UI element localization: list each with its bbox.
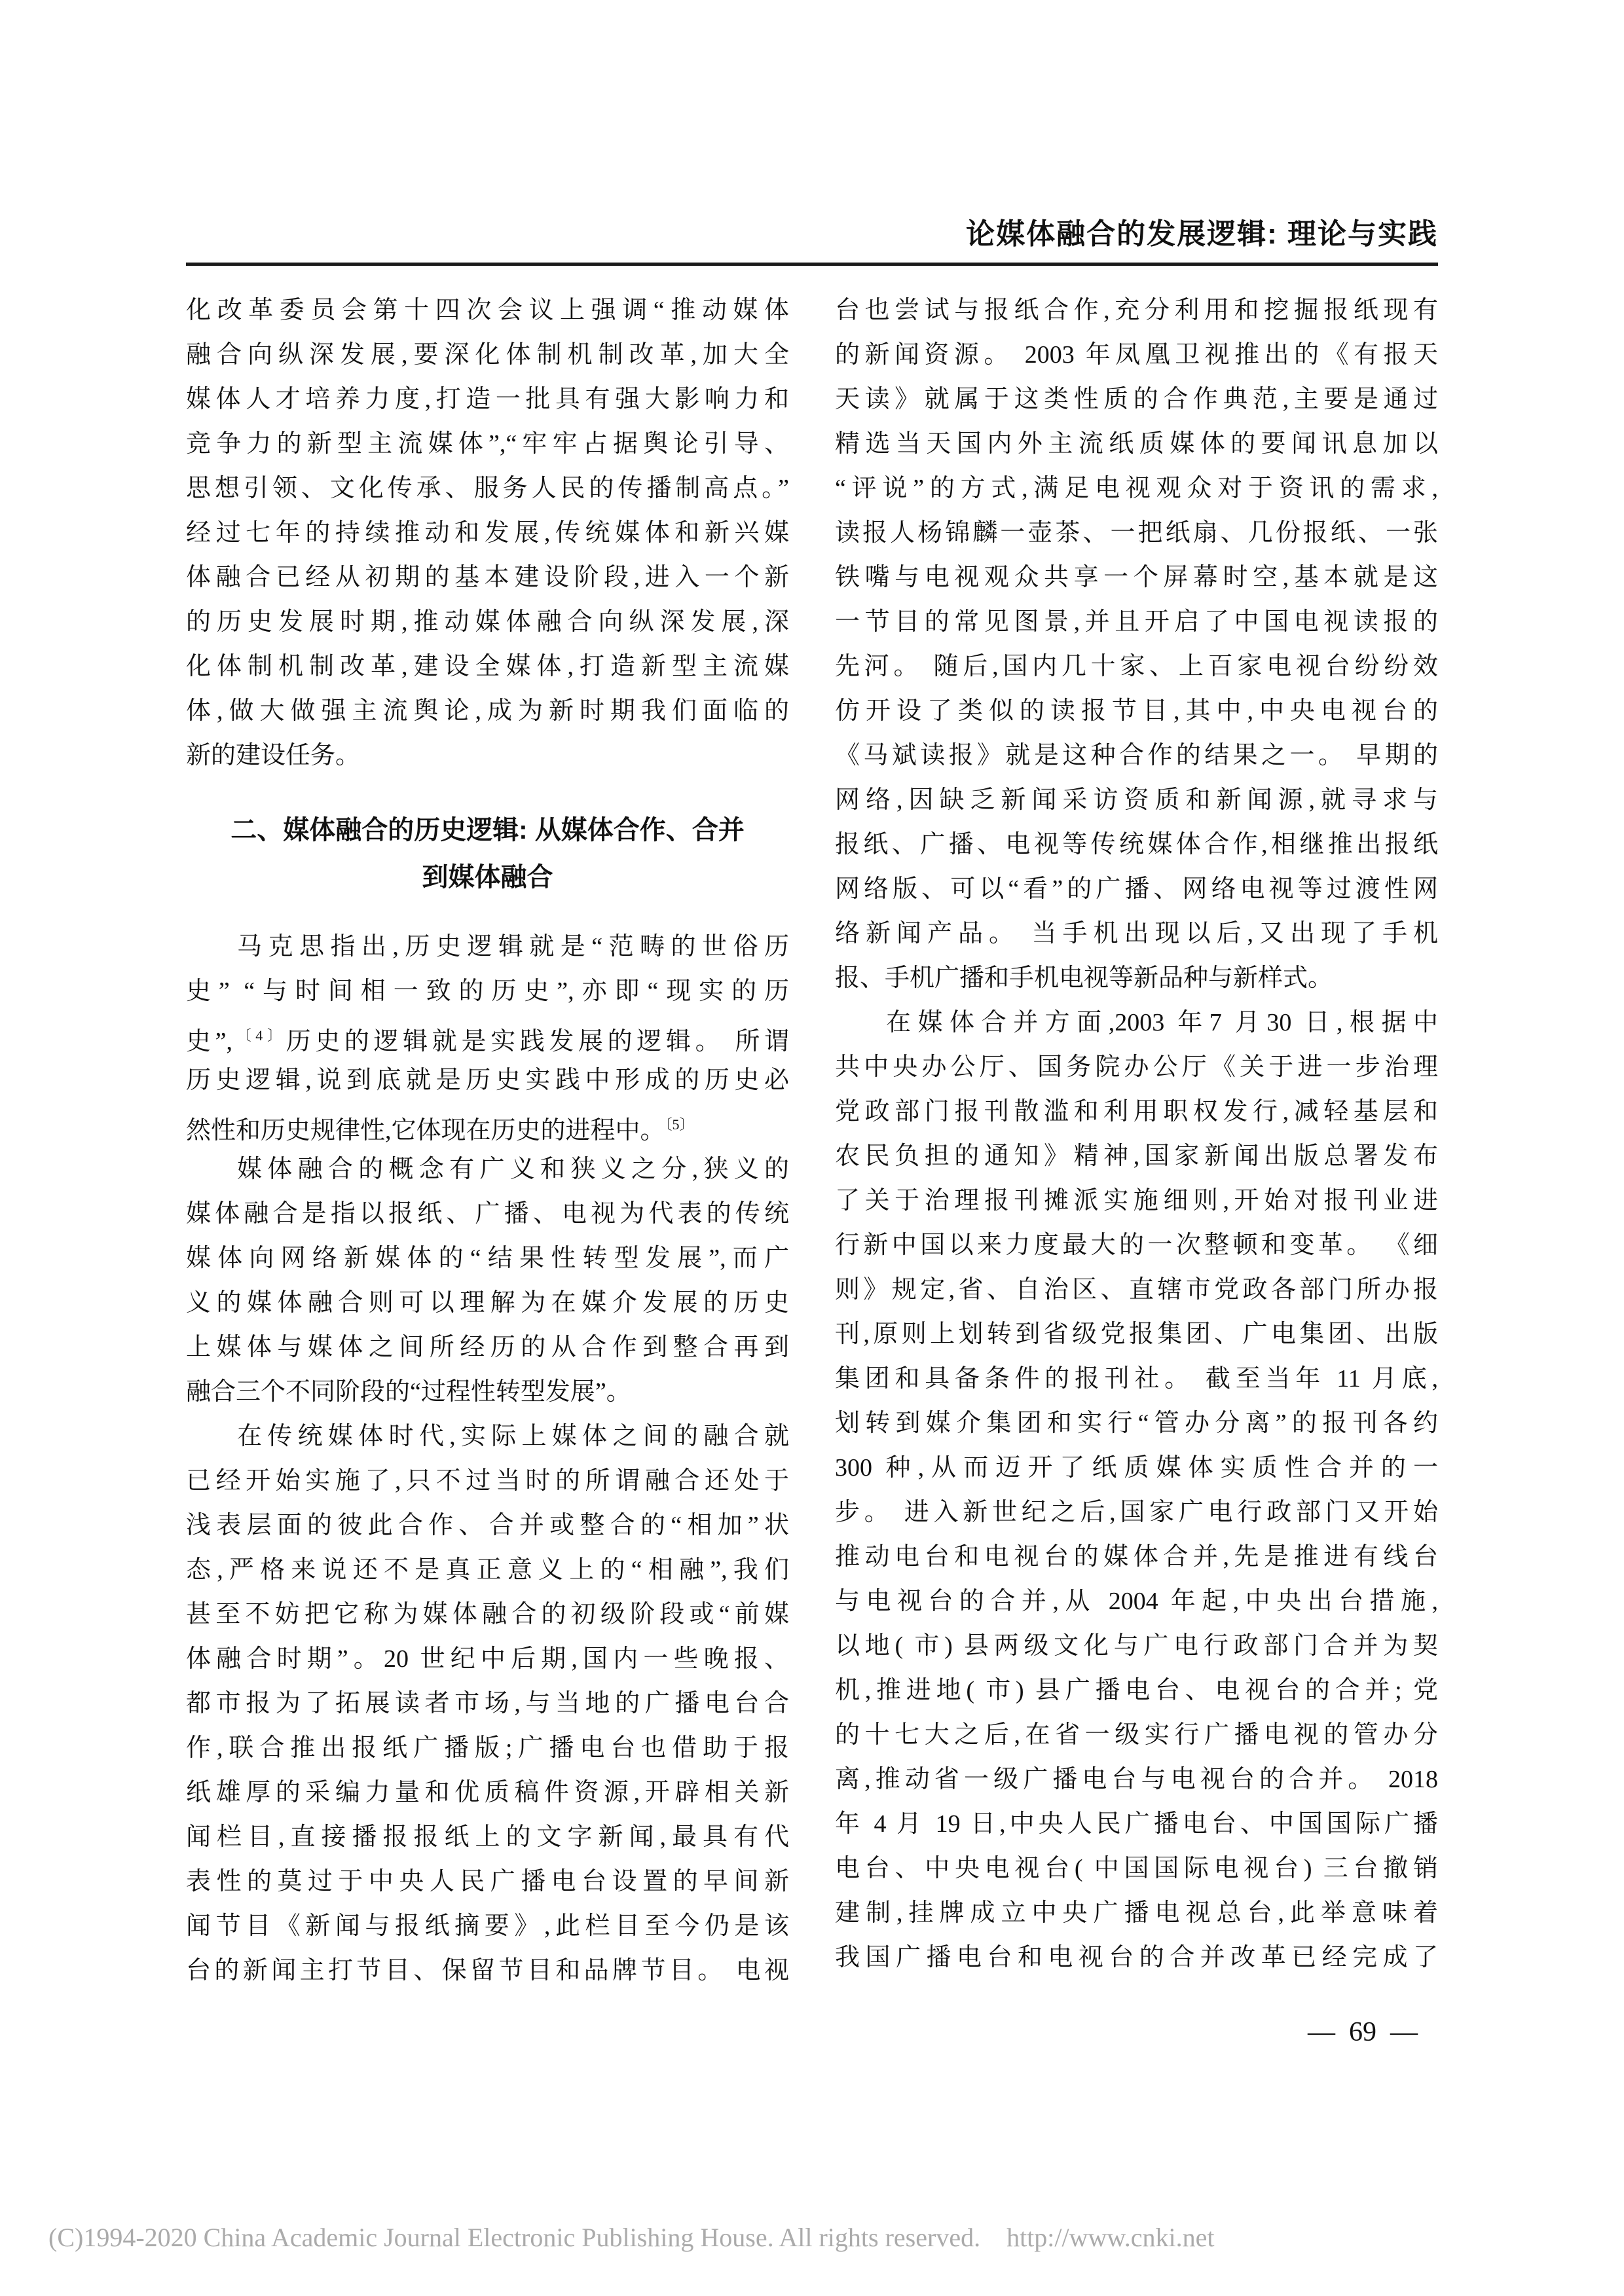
body-text-line: 我国广播电台和电视台的合并改革已经完成了 [835,1935,1438,1980]
body-text-line: 网络,因缺乏新闻采访资质和新闻源,就寻求与 [835,778,1438,822]
body-text-line: 步。 进入新世纪之后,国家广电行政部门又开始 [835,1490,1438,1535]
body-text-line: 先河。 随后,国内几十家、上百家电视台纷纷效 [835,644,1438,689]
body-text-line: 史”,〔4〕历史的逻辑就是实践发展的逻辑。 所谓 [186,1013,789,1058]
body-text-line: 推动电台和电视台的媒体合并,先是推进有线台 [835,1535,1438,1579]
body-text-line: 刊,原则上划转到省级党报集团、广电集团、出版 [835,1312,1438,1357]
body-text-line: 媒体人才培养力度,打造一批具有强大影响力和 [186,377,789,422]
body-text-line: 然性和历史规律性,它体现在历史的进程中。〔5〕 [186,1102,789,1147]
body-text-line: 年 4 月 19 日,中央人民广播电台、中国国际广播 [835,1802,1438,1846]
section-heading-line: 到媒体融合 [186,854,789,901]
body-text-line: 党政部门报刊散滥和利用职权发行,减轻基层和 [835,1089,1438,1134]
body-text-line: 媒体融合的概念有广义和狭义之分,狭义的 [186,1147,789,1192]
body-text-line: 机,推进地( 市) 县广播电台、电视台的合并; 党 [835,1668,1438,1713]
body-text-line: 一节目的常见图景,并且开启了中国电视读报的 [835,600,1438,644]
footnote-ref: 〔4〕 [232,1027,286,1044]
body-text-line: 上媒体与媒体之间所经历的从合作到整合再到 [186,1325,789,1370]
body-text-line: 在媒体合并方面,2003 年7 月30 日,根据中 [835,1000,1438,1045]
body-text-line: 态,严格来说还不是真正意义上的“相融”,我们 [186,1548,789,1592]
body-text-line: 纸雄厚的采编力量和优质稿件资源,开辟相关新 [186,1770,789,1815]
body-text-line: 媒体融合是指以报纸、广播、电视为代表的传统 [186,1192,789,1236]
body-text-line: 划转到媒介集团和实行“管办分离”的报刊各约 [835,1401,1438,1446]
body-text-line: 精选当天国内外主流纸质媒体的要闻讯息加以 [835,422,1438,466]
body-text-line: 新的建设任务。 [186,733,789,778]
body-text-line: 与电视台的合并,从 2004 年起,中央出台措施, [835,1579,1438,1624]
body-text-line: 历史逻辑,说到底就是历史实践中形成的历史必 [186,1058,789,1102]
body-text-line: 的十七大之后,在省一级实行广播电视的管办分 [835,1713,1438,1757]
body-text-line: 300 种,从而迈开了纸质媒体实质性合并的一 [835,1446,1438,1490]
body-text-line: 已经开始实施了,只不过当时的所谓融合还处于 [186,1459,789,1503]
text-column-left: 化改革委员会第十四次会议上强调“推动媒体融合向纵深发展,要深化体制机制改革,加大… [186,288,789,1993]
body-text-line: 离,推动省一级广播电台与电视台的合并。 2018 [835,1757,1438,1802]
body-text-line: 报纸、广播、电视等传统媒体合作,相继推出报纸 [835,822,1438,867]
body-text-line: 读报人杨锦麟一壶茶、一把纸扇、几份报纸、一张 [835,511,1438,555]
body-text-line: 甚至不妨把它称为媒体融合的初级阶段或“前媒 [186,1592,789,1637]
footnote-ref: 〔5〕 [665,1116,694,1133]
body-text-line: 仿开设了类似的读报节目,其中,中央电视台的 [835,689,1438,733]
body-text-line: 闻栏目,直接播报报纸上的文字新闻,最具有代 [186,1815,789,1859]
body-text-line: 《马斌读报》就是这种合作的结果之一。 早期的 [835,733,1438,778]
body-text-line: 都市报为了拓展读者市场,与当地的广播电台合 [186,1681,789,1726]
copyright-notice: (C)1994-2020 China Academic Journal Elec… [48,2221,1214,2254]
journal-page: 论媒体融合的发展逻辑: 理论与实践 化改革委员会第十四次会议上强调“推动媒体融合… [0,0,1624,2296]
body-text-line: 融合三个不同阶段的“过程性转型发展”。 [186,1370,789,1414]
body-text-line: 体融合时期”。20 世纪中后期,国内一些晚报、 [186,1637,789,1681]
body-text-line: 则》规定,省、自治区、直辖市党政各部门所办报 [835,1267,1438,1312]
body-text-line: 浅表层面的彼此合作、合并或整合的“相加”状 [186,1503,789,1548]
body-text-line: 体,做大做强主流舆论,成为新时期我们面临的 [186,689,789,733]
body-text-line: 闻节目《新闻与报纸摘要》,此栏目至今仍是该 [186,1904,789,1948]
body-text-line: 表性的莫过于中央人民广播电台设置的早间新 [186,1859,789,1904]
body-text-line: 媒体向网络新媒体的“结果性转型发展”,而广 [186,1236,789,1281]
body-text-line: 竞争力的新型主流媒体”,“牢牢占据舆论引导、 [186,422,789,466]
text-column-right: 台也尝试与报纸合作,充分利用和挖掘报纸现有的新闻资源。 2003 年凤凰卫视推出… [835,288,1438,1980]
body-text-line: 农民负担的通知》精神,国家新闻出版总署发布 [835,1134,1438,1178]
body-text-line: 史” “与时间相一致的历史”,亦即“现实的历 [186,969,789,1013]
body-text-line: “评说”的方式,满足电视观众对于资讯的需求, [835,466,1438,511]
body-text-line: 建制,挂牌成立中央广播电视总台,此举意味着 [835,1891,1438,1935]
section-heading-line: 二、媒体融合的历史逻辑: 从媒体合作、合并 [186,807,789,854]
body-text-line: 的历史发展时期,推动媒体融合向纵深发展,深 [186,600,789,644]
body-text-line: 台也尝试与报纸合作,充分利用和挖掘报纸现有 [835,288,1438,333]
body-text-line: 以地( 市) 县两级文化与广电行政部门合并为契 [835,1624,1438,1668]
body-text-line: 铁嘴与电视观众共享一个屏幕时空,基本就是这 [835,555,1438,600]
body-text-line: 报、手机广播和手机电视等新品种与新样式。 [835,956,1438,1000]
body-text-line: 作,联合推出报纸广播版;广播电台也借助于报 [186,1726,789,1770]
body-text-line: 共中央办公厅、国务院办公厅《关于进一步治理 [835,1045,1438,1089]
body-text-line: 网络版、可以“看”的广播、网络电视等过渡性网 [835,867,1438,911]
body-text-line: 的新闻资源。 2003 年凤凰卫视推出的《有报天 [835,333,1438,377]
body-text-line: 经过七年的持续推动和发展,传统媒体和新兴媒 [186,511,789,555]
page-number: — 69 — [1308,2015,1418,2049]
body-text-line: 电台、中央电视台( 中国国际电视台) 三台撤销 [835,1846,1438,1891]
running-head-title: 论媒体融合的发展逻辑: 理论与实践 [186,215,1438,254]
body-text-line: 在传统媒体时代,实际上媒体之间的融合就 [186,1414,789,1459]
body-text-line: 融合向纵深发展,要深化体制机制改革,加大全 [186,333,789,377]
header-rule [186,263,1438,266]
body-text-line: 思想引领、文化传承、服务人民的传播制高点。” [186,466,789,511]
body-text-line: 行新中国以来力度最大的一次整顿和变革。 《细 [835,1223,1438,1267]
body-text-line: 天读》就属于这类性质的合作典范,主要是通过 [835,377,1438,422]
body-text-line: 集团和具备条件的报刊社。 截至当年 11 月底, [835,1357,1438,1401]
body-text-line: 台的新闻主打节目、保留节目和品牌节目。 电视 [186,1948,789,1993]
body-text-line: 化改革委员会第十四次会议上强调“推动媒体 [186,288,789,333]
body-text-line: 了关于治理报刊摊派实施细则,开始对报刊业进 [835,1178,1438,1223]
body-text-line: 络新闻产品。 当手机出现以后,又出现了手机 [835,911,1438,956]
body-text-line: 体融合已经从初期的基本建设阶段,进入一个新 [186,555,789,600]
body-text-line: 义的媒体融合则可以理解为在媒介发展的历史 [186,1281,789,1325]
body-text-line: 化体制机制改革,建设全媒体,打造新型主流媒 [186,644,789,689]
body-text-line: 马克思指出,历史逻辑就是“范畴的世俗历 [186,924,789,969]
